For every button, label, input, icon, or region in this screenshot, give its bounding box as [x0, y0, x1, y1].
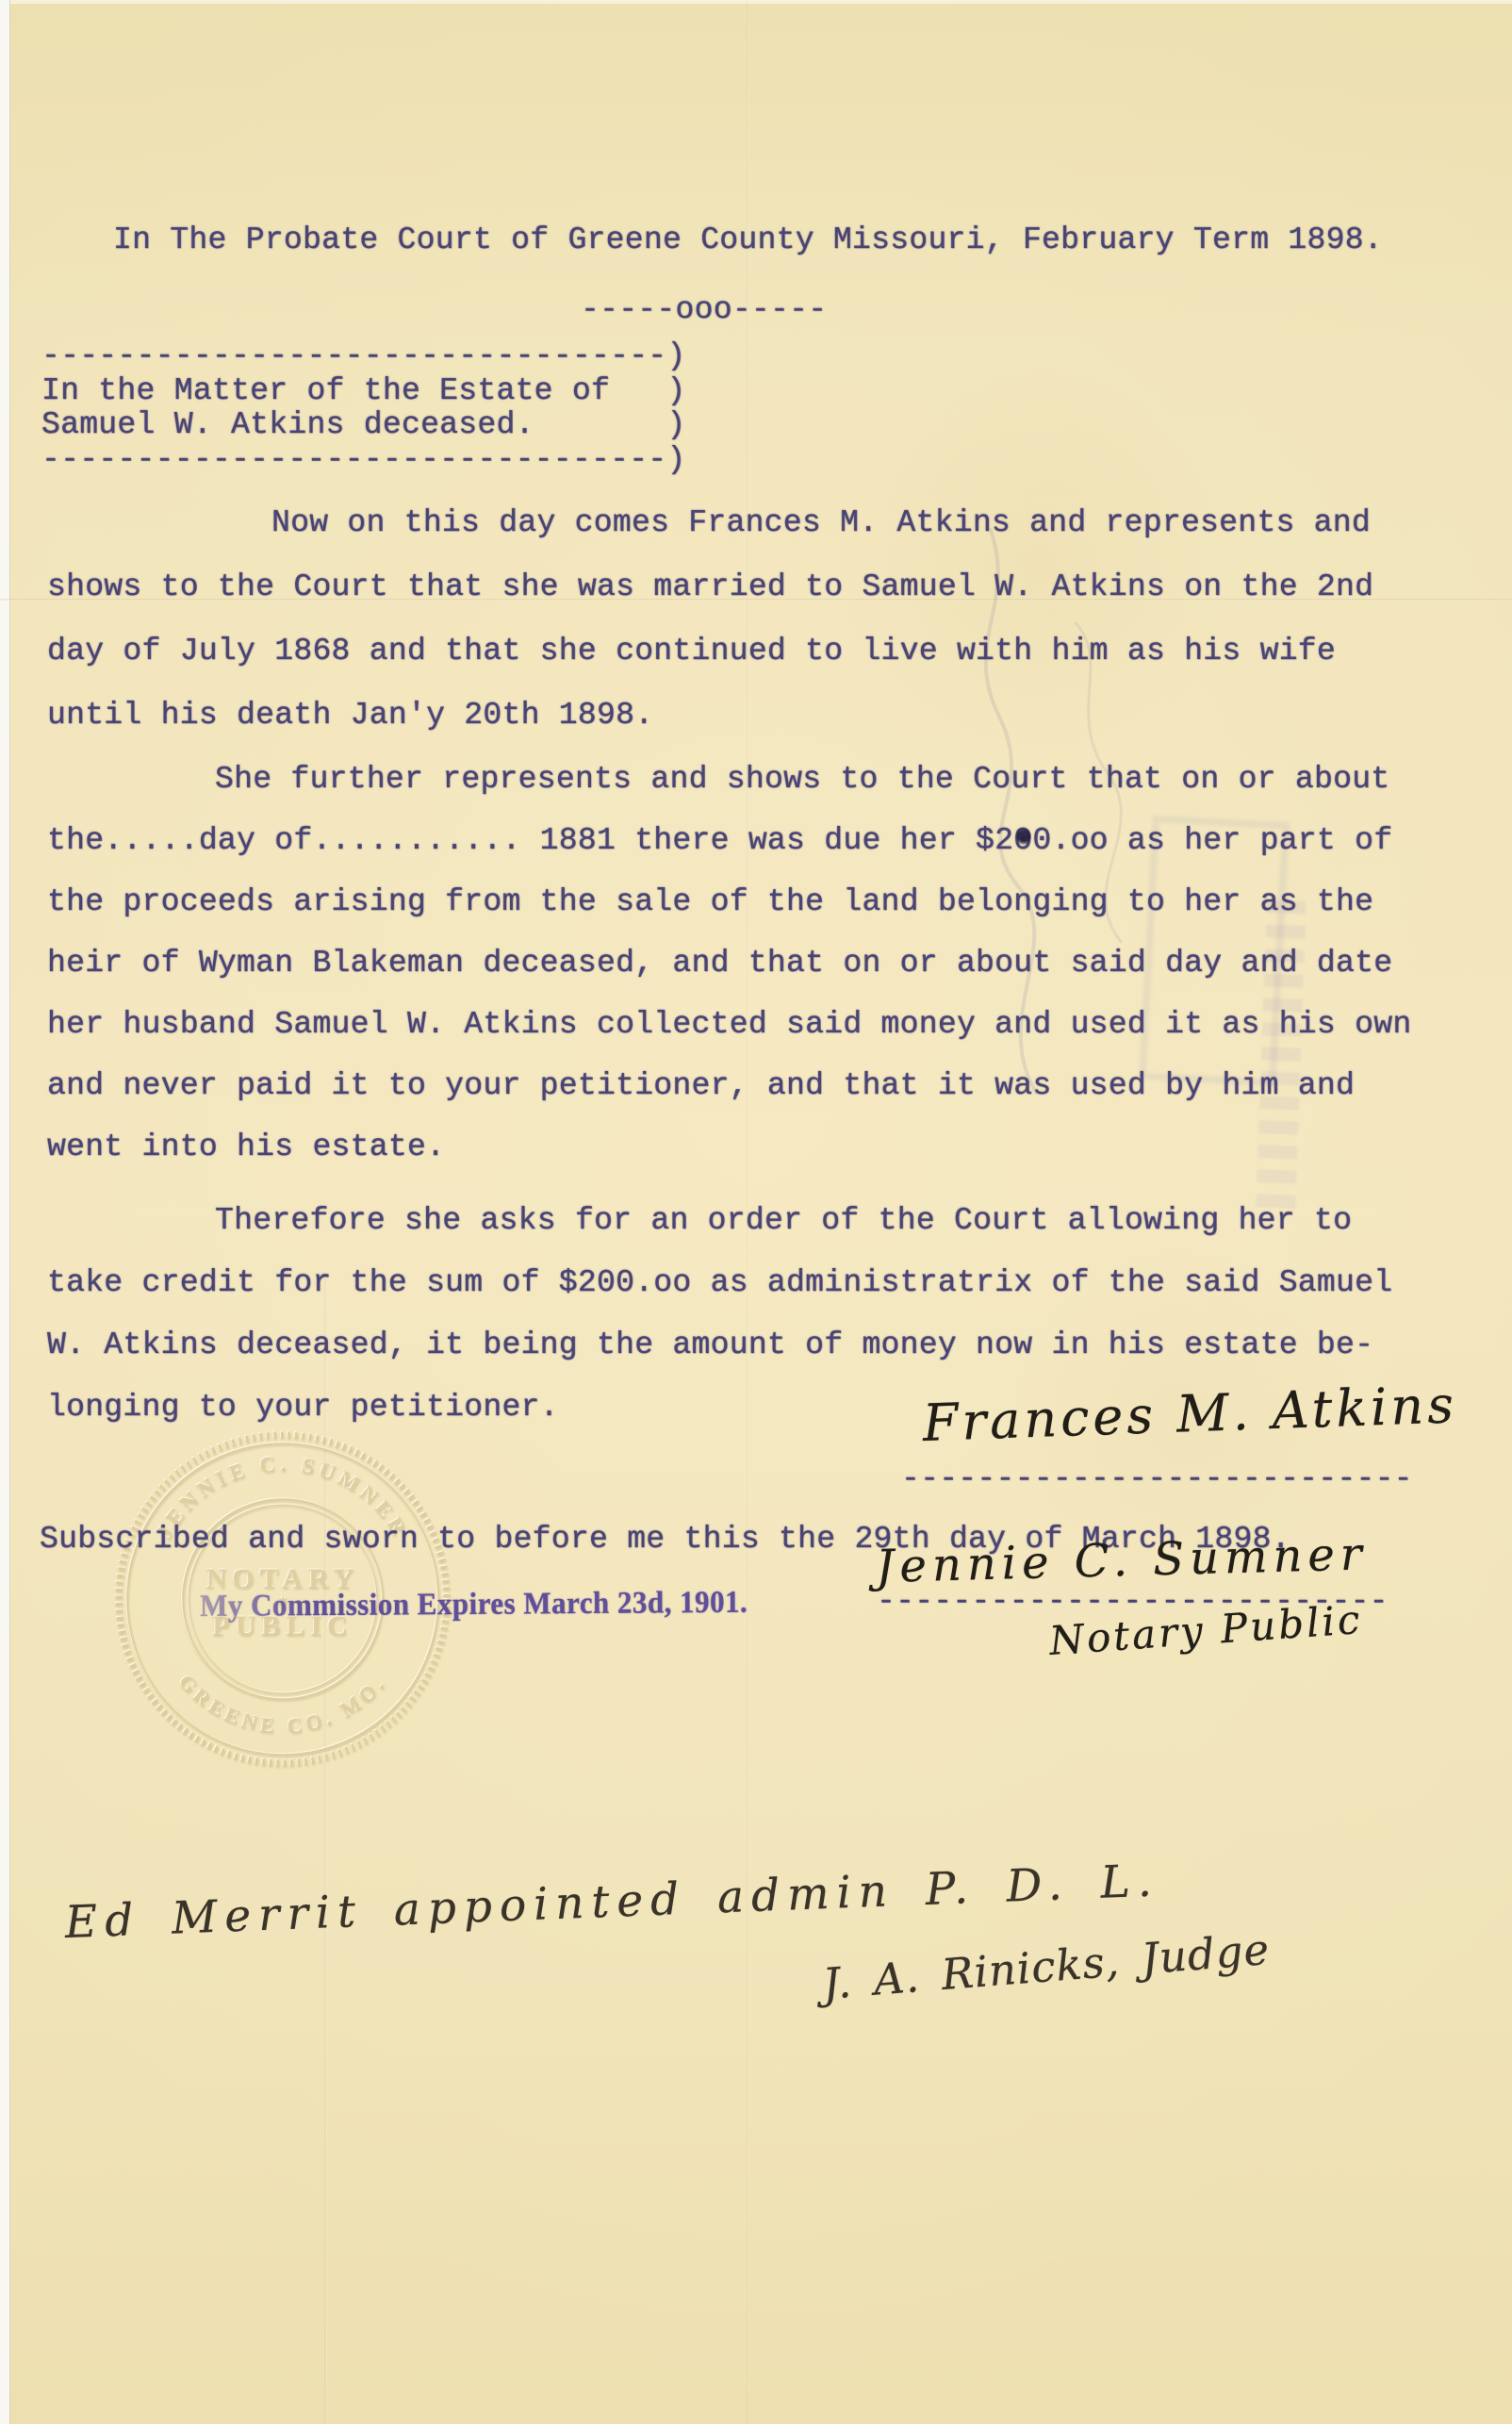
- seal-bottom-arc-text: GREENE CO. MO.: [174, 1670, 392, 1738]
- paragraph-inheritance-claim: She further represents and shows to the …: [47, 749, 1411, 1178]
- case-caption-block: ---------------------------------) In th…: [41, 339, 686, 477]
- scan-edge-left: [0, 0, 10, 2424]
- judge-order-note: Ed Merrit appointed admin P. D. L.: [64, 1855, 1160, 1949]
- ink-blot-overstrike: [1016, 828, 1031, 845]
- scan-edge-top: [0, 0, 1512, 4]
- judge-signature: J. A. Rinicks, Judge: [821, 1924, 1272, 2009]
- commission-expiration-stamp: My Commission Expires March 23d, 1901.: [200, 1586, 748, 1624]
- paragraph-marriage: Now on this day comes Frances M. Atkins …: [47, 491, 1373, 748]
- probate-document-scan: JENNIE C. SUMNER GREENE CO. MO. NOTARY ✶…: [0, 0, 1512, 2424]
- petitioner-signature-line: ---------------------------: [901, 1459, 1413, 1498]
- court-header: In The Probate Court of Greene County Mi…: [113, 209, 1383, 271]
- section-divider: -----ooo-----: [581, 279, 827, 340]
